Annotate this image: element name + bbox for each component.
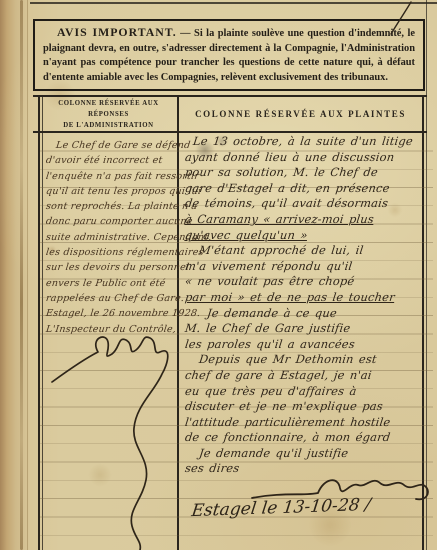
handwritten-line: « ne voulait pas être chopé [184,274,426,290]
handwritten-line: de témoins, qu'il avait désormais [184,196,426,212]
handwritten-line: l'enquête n'a pas fait ressortir [45,169,179,184]
handwritten-line: les paroles qu'il a avancées [184,337,426,353]
admin-header-line2: DE L'ADMINISTRATION [63,120,153,131]
handwritten-line: eu que très peu d'affaires à [184,384,426,400]
handwritten-line: Je demande qu'il justifie [184,446,426,462]
complaints-header-label: COLONNE RÉSERVÉE AUX PLAINTES [195,109,406,119]
handwritten-line: sont reprochés. La plainte n'a [45,199,179,214]
handwritten-line: M'étant approché de lui, il [184,243,426,259]
handwritten-line: suite administrative. Cependant, [45,230,179,245]
handwritten-line: sur les devoirs du personnel [45,260,179,275]
handwritten-line: envers le Public ont été [45,276,179,291]
handwritten-line: Estagel, le 26 novembre 1928. [45,306,179,321]
handwritten-line: l'attitude particulièrement hostile [184,415,426,431]
handwritten-line: Le 13 octobre, à la suite d'un litige [184,134,426,150]
page-top-edge [30,2,437,4]
handwritten-line: M. le Chef de Gare justifie [184,321,426,337]
complaint-text: Le 13 octobre, à la suite d'un litigeaya… [184,134,424,477]
binding-crease [20,0,23,550]
handwritten-line: Je demande à ce que [184,306,426,322]
handwritten-line: de ce fonctionnaire, à mon égard [184,430,426,446]
handwritten-line: chef de gare à Estagel, je n'ai [184,368,426,384]
notice-title: AVIS IMPORTANT. [57,25,177,39]
register-page: AVIS IMPORTANT. — Si la plainte soulève … [0,0,437,550]
handwritten-line: donc paru comporter aucune [45,214,179,229]
admin-response-text: Le Chef de Gare se défendd'avoir été inc… [45,138,177,337]
handwritten-line: d'avoir été incorrect et [45,153,179,168]
handwritten-line: pour sa solution, M. le Chef de [184,165,426,181]
handwritten-line: Le Chef de Gare se défend [45,138,179,153]
handwritten-line: ayant donné lieu à une discussion [184,150,426,166]
handwritten-line: les dispositions réglementaires [45,245,179,260]
binding-crease-line [27,0,28,550]
table-header-border [33,131,427,133]
complaints-column-header: COLONNE RÉSERVÉE AUX PLAINTES [179,97,422,131]
complaint-date-line: Estagel le 13-10-28 / [190,495,372,521]
inspector-signature [40,330,185,550]
handwritten-line: discuter et je ne m'explique pas [184,399,426,415]
handwritten-line: par moi » et de ne pas le toucher [184,290,426,306]
admin-header-line1: COLONNE RÉSERVÉE AUX RÉPONSES [40,98,177,120]
handwritten-line: rappelées au Chef de Gare. [45,291,179,306]
handwritten-line: gare d'Estagel a dit, en présence [184,181,426,197]
pen-stroke-top-right [385,0,425,40]
handwritten-line: qu'avec quelqu'un » [184,228,426,244]
handwritten-line: Depuis que Mr Dethomin est [184,352,426,368]
handwritten-line: à Caramany « arrivez-moi plus [184,212,426,228]
admin-column-header: COLONNE RÉSERVÉE AUX RÉPONSES DE L'ADMIN… [40,97,177,131]
handwritten-line: m'a vivement répondu qu'il [184,259,426,275]
handwritten-line: qu'il ait tenu les propos qui lui [45,184,179,199]
important-notice-box: AVIS IMPORTANT. — Si la plainte soulève … [33,19,425,91]
